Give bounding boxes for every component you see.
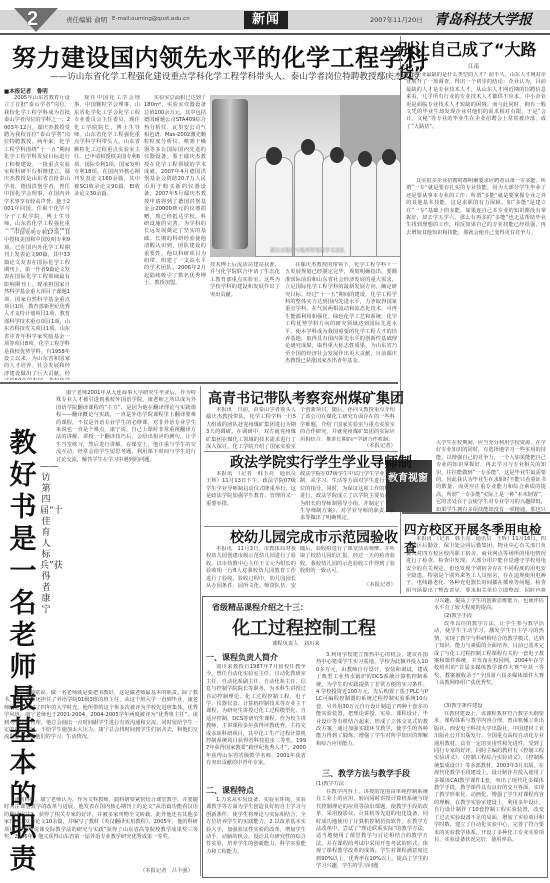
title-char: 是 <box>6 523 40 555</box>
title-char: 老 <box>6 619 40 651</box>
teacher-article-credit: （本报记者 吕丰强） <box>140 866 193 874</box>
lead-article-byline: ■本报记者 鲁明 <box>4 87 48 95</box>
header-rule <box>0 33 550 35</box>
course-article-author: 课程负责人 刘川来 <box>272 639 320 647</box>
brief-2-body: 本报讯 （记者 韩玉亮 通讯员 王辉）11月13日下午，政法学院07级学生学业导… <box>206 471 296 513</box>
section-divider <box>0 382 398 384</box>
teacher-article-subtitle: ——访第四届“十佳育人标兵”获得者康宁 <box>40 462 52 616</box>
photo-caption: 鄢庆杰教授与他所带领的学术团队 <box>270 247 345 254</box>
title-char: 一 <box>6 555 40 587</box>
issue-date: 2007年11月20日 <box>370 15 423 24</box>
course-col2-body: 3.利用学校建立图热中心的机会，建议在图热中心建成学生实习基地。学校为此额外投入… <box>316 652 428 746</box>
person-figure <box>376 157 400 257</box>
person-head <box>266 147 282 165</box>
brief-3-body: 本报讯 11月3日，市教体局对我校幼儿园创建市级示范幼儿园进行了验收。以市幼教中… <box>206 546 296 588</box>
reactor-tank-graphic <box>212 99 248 249</box>
editor-credit: 责任编辑 俞明 <box>66 15 107 24</box>
course-col3-body3: 在教材建设上，该课程教材符合教学大纲要求，课程体系与教学内容合理，曾由机械工业出… <box>434 711 544 873</box>
brief-1-body2: 个创新项目。随后，孙向文教授重点介绍了该公司在煤化工研究方面存在的一些科学难题，… <box>300 407 395 441</box>
person-figure <box>322 155 352 257</box>
editor-label: 责任编辑 <box>66 16 92 24</box>
brief-3-credit: （本报记者） <box>364 580 396 588</box>
person-figure <box>255 157 293 257</box>
course-sec1-title: 一、课程负责人简介 <box>206 652 278 663</box>
brief-1-body: 本报讯 日前，由泰山学者领头人鄢庆杰教授带队，化学工程学科一行5人组成的团队赴兖… <box>206 407 296 449</box>
teacher-article-body3: 谈到科研，康宁老师认为，作为文科教师，搞科研要紧密结合课堂教学，并要随时关注课堂… <box>4 797 198 865</box>
course-article-kicker: 省级精品课程介绍之十三： <box>212 602 308 613</box>
title-char: 教 <box>6 427 40 459</box>
person-head <box>382 149 396 165</box>
editor-email[interactable]: E-mail:ouming@qust.edu.cn <box>112 16 190 22</box>
lead-article-col3: 技术博士后流动站建站获准，并与化学院联合申请了生态化工教育部重点实验室。这些为学… <box>210 262 280 380</box>
masthead-logo: 青岛科技大学报 <box>434 9 532 29</box>
page-number: 2 <box>27 8 38 31</box>
lead-article-col3b: 在鄢庆杰教授的带领下，化学工程学科十一五发展规划已经制定完毕，规划明确指出，要瞄… <box>285 262 397 380</box>
teacher-article-body2: 康宁老师常说，做一名老师就是要把书教好，这是做老师最基本的职责。除了教书，康宁老… <box>4 690 198 795</box>
person-head <box>330 147 344 163</box>
brief-3-body2: 随后，验收组进行了课堂活动观摩，并听取了校幼儿园的汇报。经过一天的检查验收，我校… <box>300 546 395 580</box>
lead-article-subtitle: ——访山东省化学工程强化建设重点学科化学工程学科带头人、泰山学者岗位特聘教授鄢庆… <box>50 70 420 82</box>
section-divider <box>402 512 550 514</box>
course-article-title[interactable]: 化工过程控制工程 <box>232 614 376 640</box>
lead-article-photo[interactable]: 鄢庆杰教授与他所带领的学术团队 <box>210 95 400 257</box>
brief-1-title[interactable]: 高青书记带队考察兖州煤矿集团 <box>208 388 404 408</box>
column-divider <box>200 386 201 876</box>
right-article-body3: 大学生在校期间，应当充分利用学校资源，在学好专业知识的同时，有选择地学习一些实用… <box>436 440 546 512</box>
brief-2-body2: 政法学院在07级学生中试行学生学业导师制，从学习、生活等方面对学生进行全方位的指… <box>300 471 395 521</box>
right-article-author: 江南 <box>468 62 479 70</box>
title-char: 书 <box>6 491 40 523</box>
course-col3-body: 习兴趣，提高了学生的创新思维能力，也使评估水平有了较大程度的提高。 <box>434 598 544 613</box>
lead-article-col2: 实验室总面积已达到了180m²，实验室仪器设备总值100余万元，其中包括德国耐驰… <box>144 95 206 380</box>
right-article-body2: 其实很多企业招聘时都明确要求应聘者具备一专多能。所谓“一专”就是要有扎实的专业技… <box>406 178 546 388</box>
brief-3-title[interactable]: 校幼儿园完成市示范园验收 <box>230 527 398 547</box>
lead-article-col1b: 现任中国化工学会理事、中国颗粒学会理事、山东省化学化工学会化学工程专业委员会主任… <box>74 95 140 380</box>
right-article-body: 企业最缺的是什么类型的人才？前不久，山东人才网对企业展开了一项调查，得出一个初步… <box>406 72 546 176</box>
brief-2-title[interactable]: 政法学院实行学生学业导师制 <box>230 452 412 472</box>
brief-1-credit: （本报记者） <box>364 441 396 449</box>
teacher-article-body: 康宁老师2001年从大连海事大学研究生毕业后，作为特殊专业人才被引进到我校外国语… <box>56 390 196 680</box>
course-col3-body2: 改革以往的教学方法，让学生参与教学活动，使学生主动学习，激发学生自主学习的热情，… <box>434 621 544 703</box>
lead-article-col1: 2005年山东省教育厅设立了首批“泰山学者”岗位，我校化学工程学科成为首批泰山学… <box>4 95 70 230</box>
brief-4-body: 本报讯 （记者 韩玉亮 通讯员 王辉）11月16日，四方校区后勤处、保卫处会同后… <box>406 536 546 592</box>
course-sec3-body: 在教学内容上，讲授的范围由单纯控制系统在工业上的应用，转向同时讲授计算机系统与现… <box>316 789 428 873</box>
lead-article-col1c: 中国发明专利17项，其中授权美国和中国发明专利9项，已在国内外化学工程期刊上发表… <box>4 230 70 380</box>
title-char: 好 <box>6 459 40 491</box>
editor-name: 俞明 <box>94 16 107 24</box>
course-sec3-sub2: (2)教学手段 <box>444 613 544 621</box>
section-label: 新闻 <box>244 11 288 29</box>
course-sec3-title: 三、教学方法与教学手段 <box>322 768 410 779</box>
lead-article-title[interactable]: 努力建设国内领先水平的化学工程学科 <box>12 38 429 73</box>
person-figure <box>350 159 378 257</box>
course-sec2-title: 二、课程特点 <box>206 785 254 796</box>
column-divider <box>400 36 401 506</box>
course-sec3-sub1: (1)教学方法 <box>316 781 428 789</box>
course-sec2-body: 1.力求从实验设备、实验室环境、实验课教学等方面为学生创造良好的自主学习与创新条… <box>206 797 306 873</box>
column-divider <box>400 512 401 594</box>
title-char: 师 <box>6 651 40 683</box>
person-head <box>301 139 315 155</box>
course-sec1-body: 刘川来教授自1987年7月留校任教至今，曾任自动化实验室主任、自动化教研室主任、… <box>206 664 306 774</box>
course-sec3-sub3: (3)教学条件建设 <box>444 703 544 711</box>
person-figure <box>294 149 324 257</box>
title-char: 名 <box>6 587 40 619</box>
person-head <box>358 151 372 167</box>
